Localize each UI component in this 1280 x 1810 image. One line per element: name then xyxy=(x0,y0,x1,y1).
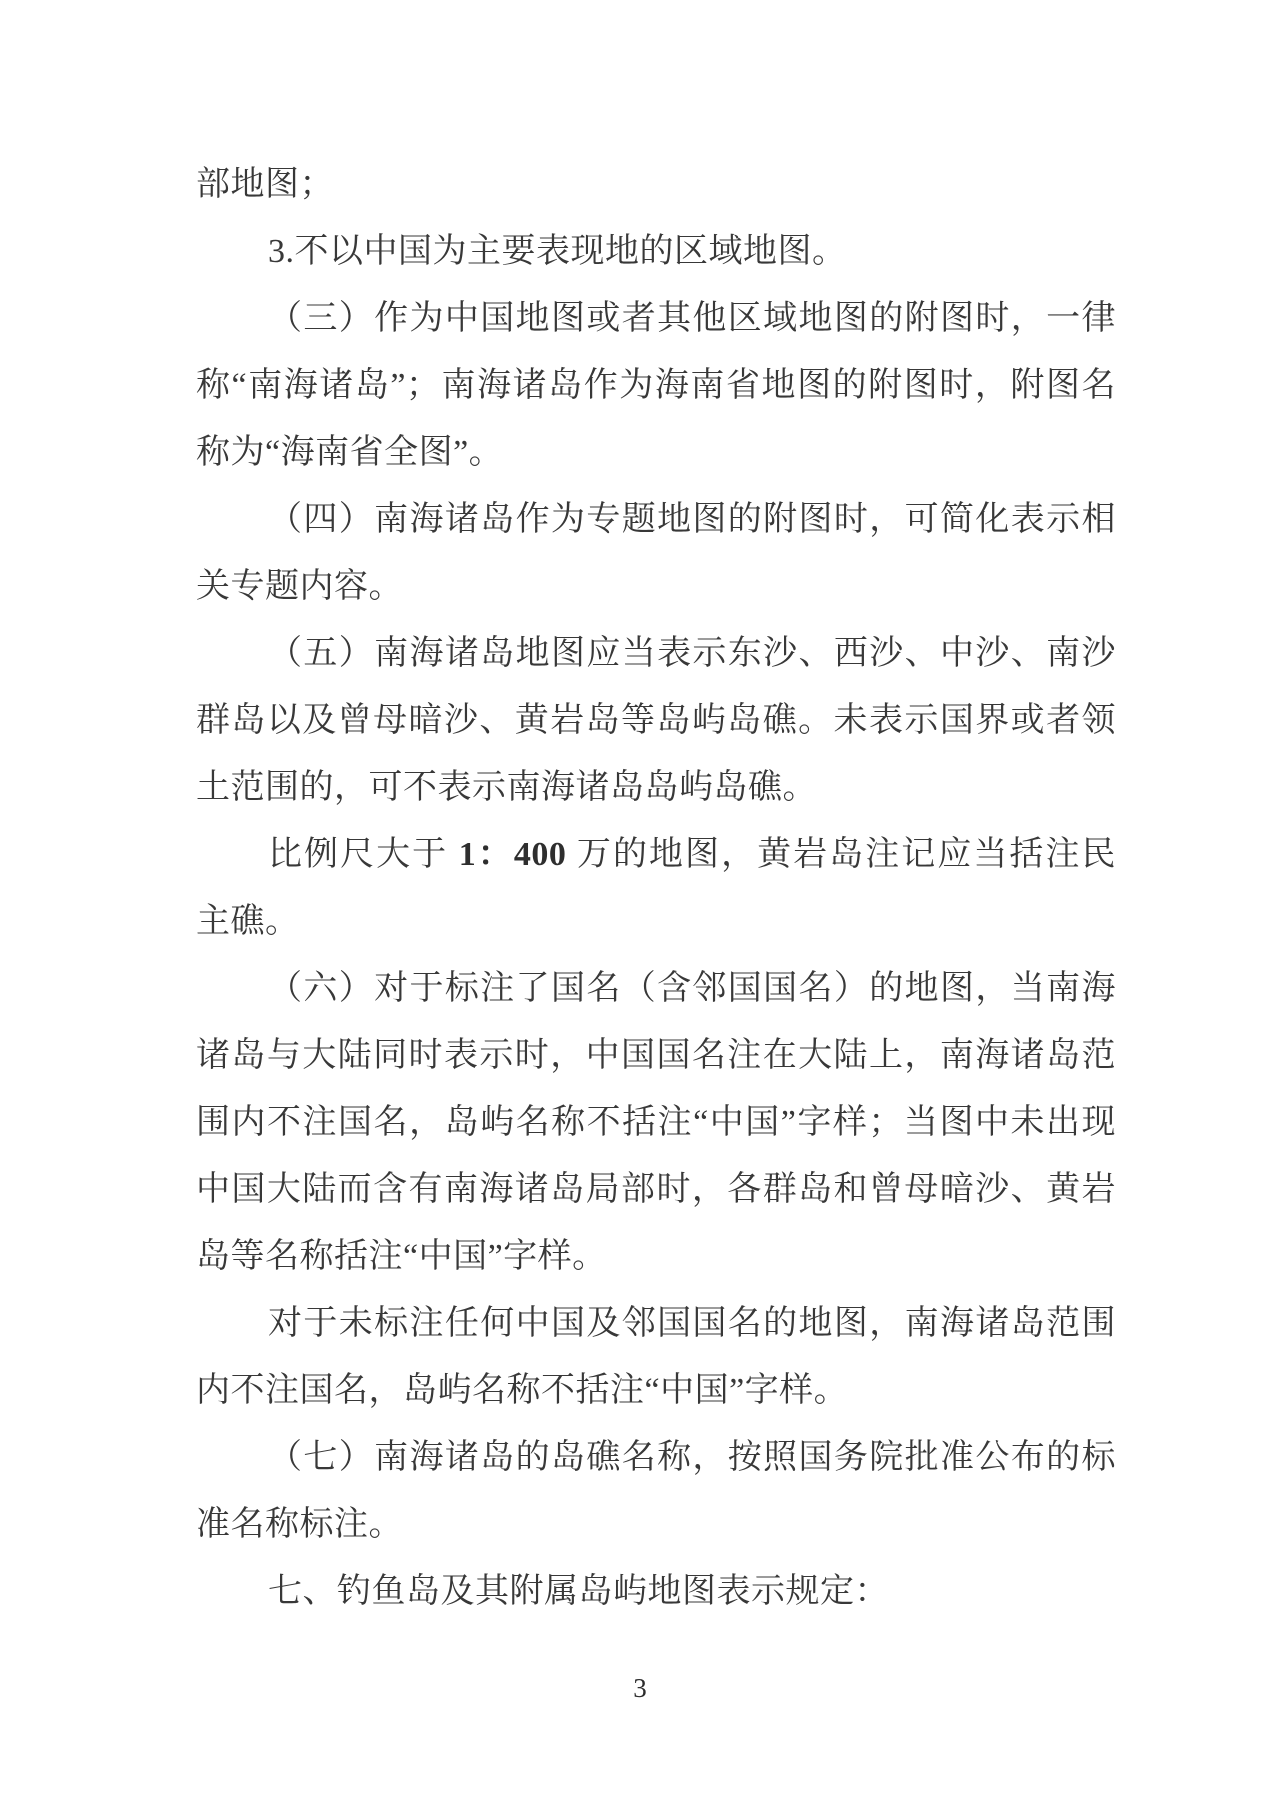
text-line: 中国大陆而含有南海诸岛局部时，各群岛和曾母暗沙、黄岩 xyxy=(196,1156,1116,1223)
page-number: 3 xyxy=(0,1668,1280,1708)
paragraph: （三）作为中国地图或者其他区域地图的附图时，一律称“南海诸岛”；南海诸岛作为海南… xyxy=(196,285,1116,486)
text-line: （四）南海诸岛作为专题地图的附图时，可简化表示相 xyxy=(196,486,1116,553)
text-line: 对于未标注任何中国及邻国国名的地图，南海诸岛范围 xyxy=(196,1290,1116,1357)
text-line: 七、钓鱼岛及其附属岛屿地图表示规定： xyxy=(196,1558,1116,1625)
text-line: 岛等名称括注“中国”字样。 xyxy=(196,1223,1116,1290)
paragraph: （五）南海诸岛地图应当表示东沙、西沙、中沙、南沙群岛以及曾母暗沙、黄岩岛等岛屿岛… xyxy=(196,620,1116,821)
text-segment: 1：400 xyxy=(459,836,567,873)
text-line: 比例尺大于 1：400 万的地图，黄岩岛注记应当括注民 xyxy=(196,821,1116,888)
paragraph: 比例尺大于 1：400 万的地图，黄岩岛注记应当括注民主礁。 xyxy=(196,821,1116,955)
paragraph: 部地图； xyxy=(196,151,1116,218)
text-line: 3.不以中国为主要表现地的区域地图。 xyxy=(196,218,1116,285)
document-body: 部地图；3.不以中国为主要表现地的区域地图。（三）作为中国地图或者其他区域地图的… xyxy=(196,151,1116,1625)
text-segment: 万的地图，黄岩岛注记应当括注民 xyxy=(566,836,1116,873)
text-line: （七）南海诸岛的岛礁名称，按照国务院批准公布的标 xyxy=(196,1424,1116,1491)
text-line: 部地图； xyxy=(196,151,1116,218)
paragraph: （六）对于标注了国名（含邻国国名）的地图，当南海诸岛与大陆同时表示时，中国国名注… xyxy=(196,955,1116,1290)
text-line: 称为“海南省全图”。 xyxy=(196,419,1116,486)
paragraph: 七、钓鱼岛及其附属岛屿地图表示规定： xyxy=(196,1558,1116,1625)
paragraph: 3.不以中国为主要表现地的区域地图。 xyxy=(196,218,1116,285)
text-line: 诸岛与大陆同时表示时，中国国名注在大陆上，南海诸岛范 xyxy=(196,1022,1116,1089)
text-segment: 比例尺大于 xyxy=(268,836,459,873)
text-line: 关专题内容。 xyxy=(196,553,1116,620)
text-line: 土范围的，可不表示南海诸岛岛屿岛礁。 xyxy=(196,754,1116,821)
text-line: （六）对于标注了国名（含邻国国名）的地图，当南海 xyxy=(196,955,1116,1022)
text-line: 群岛以及曾母暗沙、黄岩岛等岛屿岛礁。未表示国界或者领 xyxy=(196,687,1116,754)
text-line: 内不注国名，岛屿名称不括注“中国”字样。 xyxy=(196,1357,1116,1424)
text-line: 准名称标注。 xyxy=(196,1491,1116,1558)
text-line: 主礁。 xyxy=(196,888,1116,955)
paragraph: （四）南海诸岛作为专题地图的附图时，可简化表示相关专题内容。 xyxy=(196,486,1116,620)
paragraph: 对于未标注任何中国及邻国国名的地图，南海诸岛范围内不注国名，岛屿名称不括注“中国… xyxy=(196,1290,1116,1424)
text-line: 称“南海诸岛”；南海诸岛作为海南省地图的附图时，附图名 xyxy=(196,352,1116,419)
text-line: 围内不注国名，岛屿名称不括注“中国”字样；当图中未出现 xyxy=(196,1089,1116,1156)
document-page: 部地图；3.不以中国为主要表现地的区域地图。（三）作为中国地图或者其他区域地图的… xyxy=(0,0,1280,1810)
paragraph: （七）南海诸岛的岛礁名称，按照国务院批准公布的标准名称标注。 xyxy=(196,1424,1116,1558)
text-line: （三）作为中国地图或者其他区域地图的附图时，一律 xyxy=(196,285,1116,352)
text-line: （五）南海诸岛地图应当表示东沙、西沙、中沙、南沙 xyxy=(196,620,1116,687)
